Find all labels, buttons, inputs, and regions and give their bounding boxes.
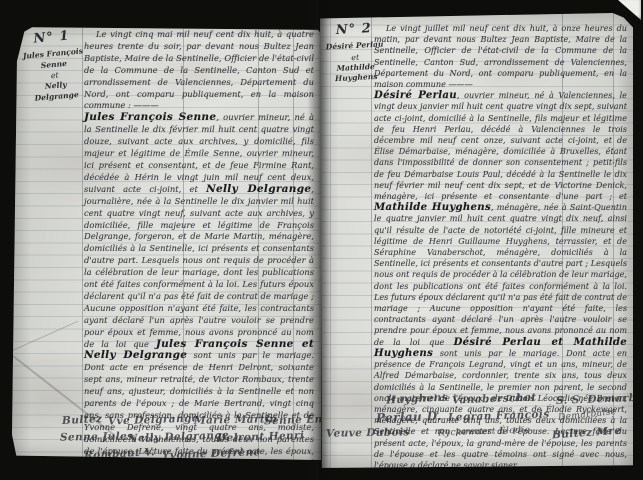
groom-details: , ouvrier mineur, né à la Sentinelle le …: [84, 112, 314, 193]
bride-name: Nelly Delgrange: [206, 183, 311, 195]
signature: Senne Émile: [264, 413, 321, 428]
signature: Perlau D.: [376, 409, 442, 425]
signature: Nelly Delgrange: [128, 429, 229, 445]
signature-row: Senne Jules Nelly Delgrange Delront Henr…: [12, 431, 321, 448]
signatures-left: Bultez Vve Delgrange Marie Martin Senne …: [12, 414, 321, 460]
scanned-register-spread: N° 1 Jules François Senne et Nelly Delgr…: [0, 0, 643, 480]
act-body-left: Le vingt cinq mai mil neuf cent dix huit…: [84, 29, 314, 460]
signatures-right: Huyghens Vanaberschot S. S. Demarbaise P…: [320, 393, 633, 444]
signature-row: Rombaut V. Yvonne Defrène: [12, 448, 321, 460]
signature: Vve Delgrange: [108, 412, 199, 427]
signature: Huyghens: [386, 391, 449, 406]
groom-name: Jules François Senne: [84, 111, 216, 123]
signature: Bultez: [62, 413, 103, 427]
signature: Demarbaise: [558, 407, 617, 423]
act-opening-text: Le vingt juillet mil neuf cent dix huit,…: [374, 23, 627, 89]
act-margin-left: N° 1 Jules François Senne et Nelly Delgr…: [19, 27, 89, 104]
signature: Ryckewaert Élodie: [438, 425, 531, 438]
groom-name: Désiré Perlau: [374, 89, 457, 101]
register-page-left: N° 1 Jules François Senne et Nelly Delgr…: [12, 22, 321, 460]
signature-row: Perlau D. Legran François Demarbaise: [320, 410, 633, 427]
signature-row: Bultez Vve Delgrange Marie Martin Senne …: [12, 414, 321, 431]
signature: Legran François: [448, 408, 550, 424]
act-main-text: Jules François Senne, ouvrier mineur, né…: [84, 112, 314, 460]
signature-row: Huyghens Vanaberschot S. S. Demarbaise: [320, 393, 633, 410]
register-page-right: N° 2 Désiré Perlau et Mathilde Huyghens …: [320, 13, 633, 468]
conjunction: et: [612, 191, 627, 201]
act-opening-text: Le vingt cinq mai mil neuf cent dix huit…: [84, 29, 314, 110]
signature: Yvonne Defrène: [162, 446, 261, 460]
pronouncement-end: sont unis par le mariage.: [187, 350, 314, 360]
act-opening: Le vingt cinq mai mil neuf cent dix huit…: [84, 29, 314, 112]
groom-details: , ouvrier mineur, né à Valenciennes, le …: [374, 90, 627, 201]
signature: Delront Henri: [217, 429, 305, 444]
bride-details: , ménagère, née à Saint-Quentin le quatr…: [374, 202, 627, 346]
signature: Vanaberschot: [452, 392, 537, 407]
signature: Veuve Dubois: [326, 426, 410, 439]
signature: S. S. Demarbaise: [556, 391, 633, 407]
bride-name: Mathilde Huyghens: [374, 201, 491, 213]
signature: Senne Jules: [60, 430, 134, 443]
signature: Bultez Mre: [552, 425, 622, 442]
signature: Rombaut V.: [84, 446, 156, 460]
pronouncement-end: sont unis par le mariage.: [433, 348, 566, 358]
signature-row: Veuve Dubois Ryckewaert Élodie Bultez Mr…: [320, 427, 633, 444]
act-opening: Le vingt juillet mil neuf cent dix huit,…: [374, 23, 627, 90]
conjunction: et: [181, 184, 206, 194]
bride-details: , journalière, née à la Sentinelle le di…: [84, 184, 314, 349]
